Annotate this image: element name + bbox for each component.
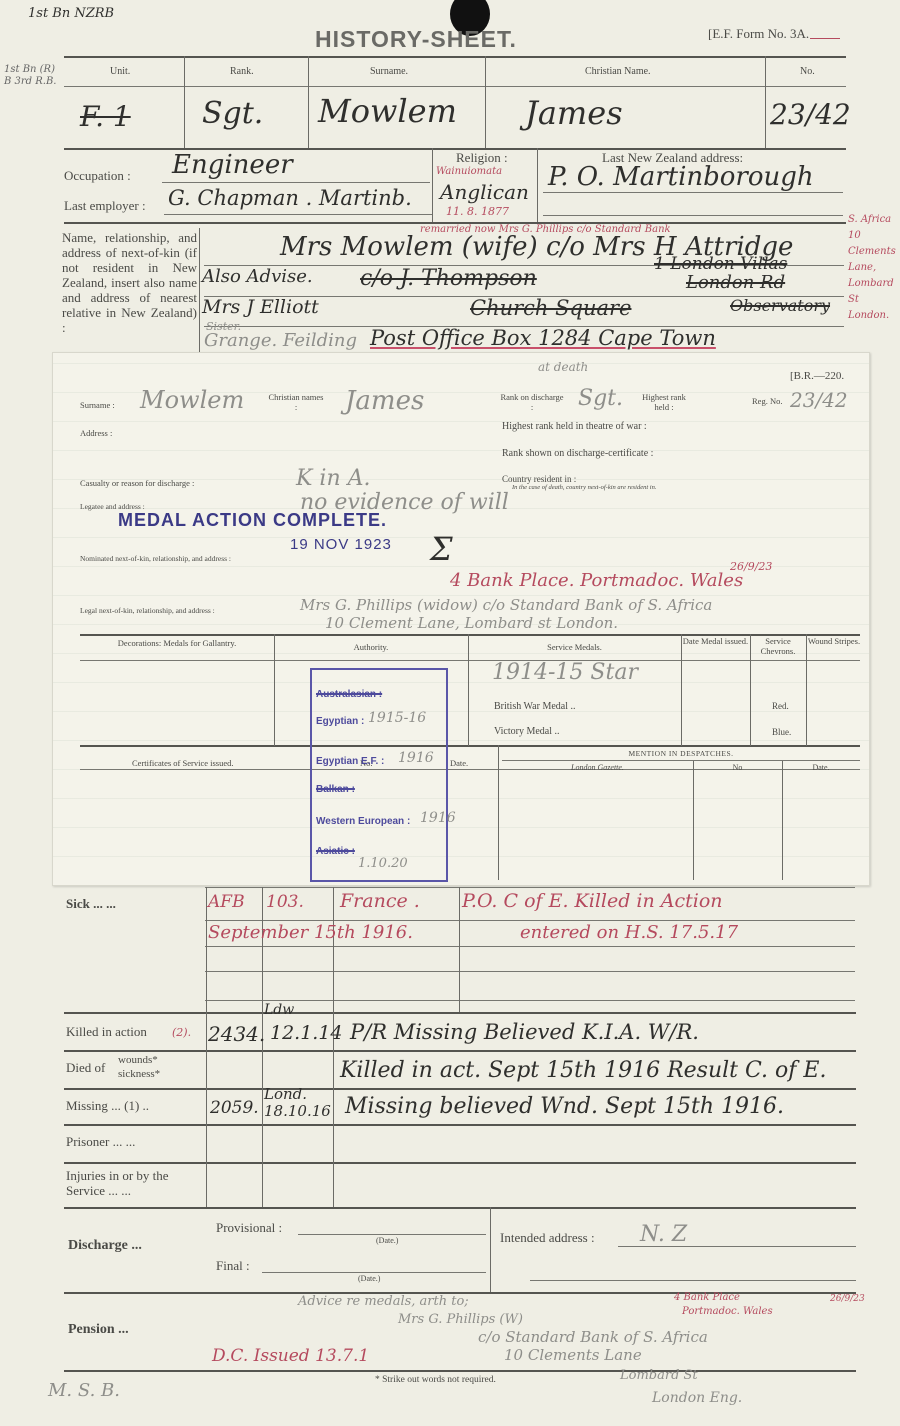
final-date-hint: (Date.) — [358, 1274, 380, 1283]
killed-cell-1: 2434. — [208, 1022, 265, 1046]
sick-cell-1: AFB — [208, 892, 245, 912]
last-employer-value: G. Chapman . Martinb. — [168, 186, 412, 210]
occupation-label: Occupation : — [64, 168, 131, 184]
nok-right-margin: S. Africa 10 Clements Lane, Lombard St L… — [848, 212, 900, 324]
form-number: [E.F. Form No. 3A. — [708, 26, 809, 42]
killed-ldw: Ldw — [264, 1002, 294, 1018]
pension-line2: Mrs G. Phillips (W) — [398, 1312, 523, 1327]
card-address-label: Address : — [80, 428, 112, 438]
killed-mark: (2). — [172, 1026, 191, 1039]
value-surname: Mowlem — [318, 92, 457, 130]
card-highest-rank-label: Highest rank held : — [636, 392, 692, 412]
stamp-asiatic-val: 1.10.20 — [358, 856, 408, 871]
card-rank-certificate-label: Rank shown on discharge-certificate : — [502, 448, 653, 459]
margin-note-unit: 1st Bn (R) B 3rd R.B. — [4, 64, 64, 88]
card-rank: Sgt. — [578, 386, 623, 411]
label-rank: Rank. — [230, 66, 254, 77]
certificates-date: Date. — [450, 758, 468, 768]
nok-line3: Church Square — [470, 296, 631, 320]
stamp-australasian: Australasian : — [316, 689, 382, 700]
last-nz-address-value: P. O. Martinborough — [548, 162, 814, 192]
medals-header-chevrons: Service Chevrons. — [750, 636, 806, 656]
next-of-kin-label: Name, relationship, and address of next-… — [62, 230, 197, 335]
card-casualty-label: Casualty or reason for discharge : — [80, 478, 194, 488]
also-advise: Also Advise. — [202, 266, 313, 287]
nok-line2: c/o J. Thompson — [360, 266, 537, 291]
gazette-label: London Gazette. — [502, 763, 693, 772]
sick-row2-date: September 15th 1916. — [208, 922, 413, 943]
medal-bwm: British War Medal .. — [494, 701, 576, 712]
card-nominated-label: Nominated next-of-kin, relationship, and… — [80, 554, 231, 563]
card-casualty: K in A. — [296, 466, 371, 491]
nok-line4: Post Office Box 1284 Cape Town — [370, 326, 716, 350]
occupation-value: Engineer — [172, 150, 293, 180]
missing-cell-1: 2059. — [210, 1098, 259, 1118]
card-christian-label: Christian names : — [268, 392, 324, 412]
religion-note: Wainuiomata — [436, 166, 502, 177]
pension-line6: London Eng. — [652, 1390, 742, 1406]
died-value: Killed in act. Sept 15th 1916 Result C. … — [340, 1058, 826, 1083]
missing-cell-3: Missing believed Wnd. Sept 15th 1916. — [345, 1094, 784, 1119]
medals-header-wound-stripes: Wound Stripes. — [806, 636, 862, 646]
label-unit: Unit. — [110, 66, 130, 77]
stamp-western-val: 1916 — [420, 810, 456, 826]
card-legal-label: Legal next-of-kin, relationship, and add… — [80, 606, 215, 615]
killed-label: Killed in action — [66, 1024, 147, 1040]
card-legal-line2: 10 Clement Lane, Lombard st London. — [325, 614, 618, 632]
card-highest-theatre-label: Highest rank held in theatre of war : — [502, 421, 647, 432]
card-surname: Mowlem — [140, 386, 244, 414]
medal-victory: Victory Medal .. — [494, 726, 560, 737]
card-form-ref: [B.R.—220. — [790, 370, 844, 382]
value-unit: F. 1 — [80, 100, 131, 133]
stamp-asiatic: Asiatic : — [316, 846, 355, 857]
sick-cell-3: France . — [340, 890, 420, 912]
pension-label: Pension ... — [68, 1322, 129, 1338]
value-rank: Sgt. — [202, 96, 263, 131]
pension-red2: Portmadoc. Wales — [682, 1306, 773, 1317]
stamp-egyptian-val: 1915-16 — [368, 710, 426, 726]
intended-address-label: Intended address : — [500, 1230, 595, 1246]
medals-header-service: Service Medals. — [468, 642, 681, 652]
pension-line1: Advice re medals, arth to; — [298, 1294, 469, 1309]
stamp-egyptian-ef-val: 1916 — [398, 750, 434, 766]
religion-date: 11. 8. 1877 — [446, 205, 509, 218]
pension-red3: 26/9/23 — [830, 1294, 865, 1304]
mention-label: MENTION IN DESPATCHES. — [502, 749, 860, 758]
last-employer-label: Last employer : — [64, 198, 146, 214]
stamp-western: Western European : — [316, 816, 410, 827]
nok-grange: Grange. Feilding — [204, 330, 357, 351]
card-christian: James — [345, 386, 424, 416]
nok-line3b: Observatory — [730, 296, 830, 315]
card-surname-label: Surname : — [80, 400, 115, 410]
pension-dc-issued: D.C. Issued 13.7.1 — [212, 1346, 369, 1366]
chevron-red: Red. — [772, 701, 789, 711]
margin-note-top: 1st Bn NZRB — [28, 6, 114, 21]
page-title: HISTORY-SHEET. — [315, 26, 517, 53]
stamp-initial-mark: Σ — [430, 530, 453, 568]
footer-initials: M. S. B. — [48, 1380, 120, 1401]
medal-action-stamp: MEDAL ACTION COMPLETE. — [118, 510, 387, 531]
missing-cell-2: Lond. 18.10.16 — [264, 1086, 334, 1120]
nok-line2b: London Rd — [686, 272, 785, 293]
red-underline — [810, 38, 840, 39]
provisional-date-hint: (Date.) — [376, 1236, 398, 1245]
card-country-label: Country resident in : — [502, 474, 576, 484]
nok-elliott: Mrs J Elliott — [202, 296, 319, 318]
medals-header-authority: Authority. — [274, 642, 468, 652]
chevron-blue: Blue. — [772, 727, 791, 737]
stamp-egyptian-ef: Egyptian E.F. : — [316, 756, 384, 767]
mention-date-label: Date. — [782, 763, 860, 772]
card-at-death: at death — [538, 360, 588, 374]
medal-star: 1914-15 Star — [492, 660, 638, 685]
pension-line5: Lombard St — [620, 1368, 698, 1383]
pension-red1: 4 Bank Place — [674, 1292, 740, 1303]
card-reg-no: 23/42 — [790, 388, 848, 412]
religion-value: Anglican — [440, 180, 529, 204]
card-red-address: 4 Bank Place. Portmadoc. Wales — [450, 570, 743, 591]
prisoner-label: Prisoner ... ... — [66, 1134, 135, 1150]
card-legal-line1: Mrs G. Phillips (widow) c/o Standard Ban… — [300, 596, 712, 614]
card-rank-label: Rank on discharge : — [500, 392, 564, 412]
value-christian-name: James — [525, 94, 623, 132]
medals-header-decorations: Decorations: Medals for Gallantry. — [80, 638, 274, 648]
final-label: Final : — [216, 1258, 250, 1274]
religion-label: Religion : — [456, 150, 508, 166]
stamp-date: 19 NOV 1923 — [290, 536, 392, 553]
sick-row2-note: entered on H.S. 17.5.17 — [520, 922, 738, 943]
label-christian-name: Christian Name. — [585, 66, 651, 77]
strike-out-note: * Strike out words not required. — [375, 1375, 496, 1385]
injuries-label: Injuries in or by the Service ... ... — [66, 1168, 206, 1198]
card-red-date: 26/9/23 — [730, 560, 772, 573]
value-no: 23/42 — [770, 98, 851, 131]
intended-address-value: N. Z — [640, 1222, 687, 1247]
died-sickness: sickness* — [118, 1068, 160, 1080]
certificates-label: Certificates of Service issued. — [132, 758, 234, 768]
pension-line4: 10 Clements Lane — [504, 1346, 642, 1364]
card-country-note: In the case of death, country next-of-ki… — [512, 484, 656, 491]
card-reg-no-label: Reg. No. — [752, 396, 782, 406]
killed-cell-2: 12.1.14 — [270, 1022, 343, 1044]
stamp-egyptian: Egyptian : — [316, 716, 364, 727]
died-label: Died of — [66, 1060, 105, 1076]
sick-cell-4: P.O. C of E. Killed in Action — [462, 890, 723, 912]
mention-no-label: No — [693, 763, 782, 772]
label-no: No. — [800, 66, 815, 77]
killed-cell-3: P/R Missing Believed K.I.A. W/R. — [350, 1020, 699, 1044]
medals-header-date-issued: Date Medal issued. — [681, 636, 750, 646]
died-wounds: wounds* — [118, 1054, 158, 1066]
stamp-balkan: Balkan : — [316, 784, 355, 795]
missing-label: Missing ... (1) .. — [66, 1098, 149, 1114]
sick-cell-2: 103. — [266, 892, 304, 912]
label-surname: Surname. — [370, 66, 408, 77]
discharge-label: Discharge ... — [68, 1238, 142, 1254]
sick-label: Sick ... ... — [66, 896, 116, 912]
pension-line3: c/o Standard Bank of S. Africa — [478, 1328, 708, 1346]
provisional-label: Provisional : — [216, 1220, 282, 1236]
nok-line1b: 1 London Villas — [654, 254, 787, 274]
